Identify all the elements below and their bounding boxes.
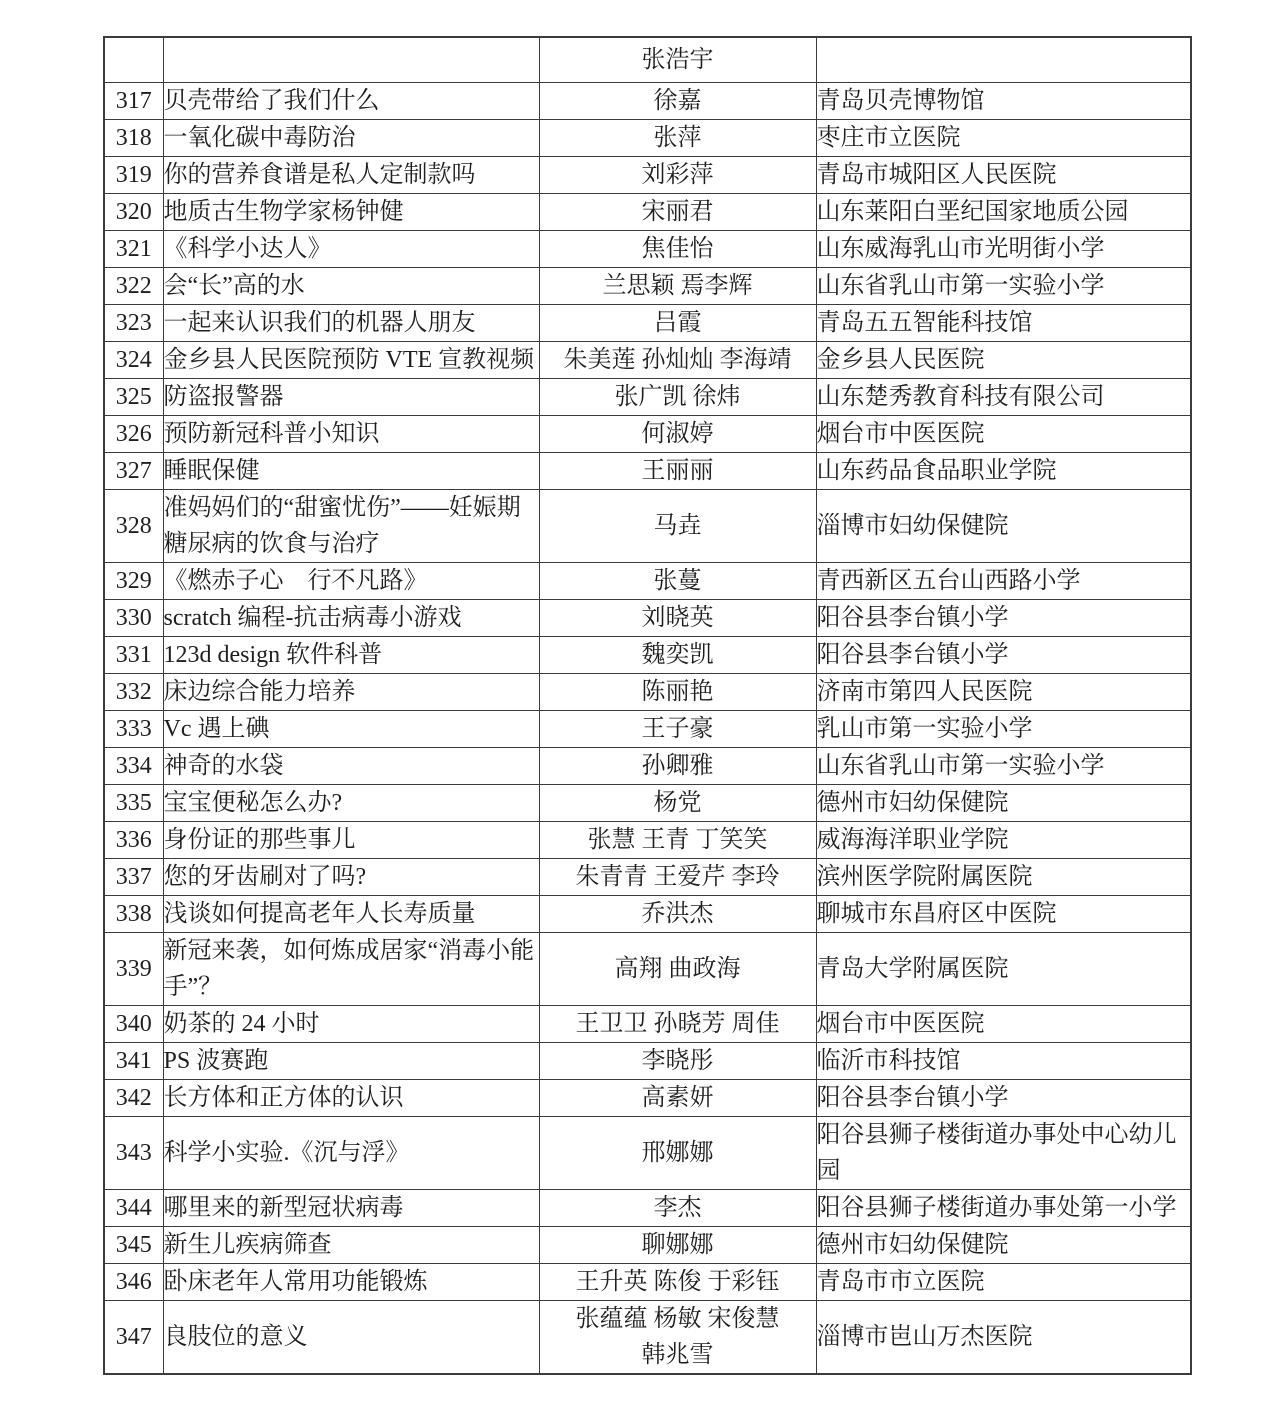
authors-cell: 高翔 曲政海 [539,933,816,1006]
organization-cell: 山东省乳山市第一实验小学 [816,748,1191,785]
table-row: 334神奇的水袋孙卿雅山东省乳山市第一实验小学 [104,748,1191,785]
work-title-cell: Vc 遇上碘 [163,711,539,748]
serial-number-cell: 326 [104,416,163,453]
serial-number-cell: 344 [104,1190,163,1227]
authors-cell: 张慧 王青 丁笑笑 [539,822,816,859]
organization-cell: 青岛贝壳博物馆 [816,83,1191,120]
organization-cell: 乳山市第一实验小学 [816,711,1191,748]
authors-cell: 孙卿雅 [539,748,816,785]
organization-cell: 青西新区五台山西路小学 [816,563,1191,600]
serial-number-cell: 339 [104,933,163,1006]
table-row: 322会“长”高的水兰思颖 焉李辉山东省乳山市第一实验小学 [104,268,1191,305]
authors-cell: 吕霞 [539,305,816,342]
table-row: 330scratch 编程-抗击病毒小游戏刘晓英阳谷县李台镇小学 [104,600,1191,637]
authors-cell: 聊娜娜 [539,1227,816,1264]
serial-number-cell: 323 [104,305,163,342]
authors-cell: 王子豪 [539,711,816,748]
table-row: 346卧床老年人常用功能锻炼王升英 陈俊 于彩钰青岛市市立医院 [104,1264,1191,1301]
serial-number-cell: 337 [104,859,163,896]
table-row: 326预防新冠科普小知识何淑婷烟台市中医医院 [104,416,1191,453]
organization-cell: 淄博市岜山万杰医院 [816,1301,1191,1375]
serial-number-cell: 333 [104,711,163,748]
serial-number-cell: 347 [104,1301,163,1375]
work-title-cell: 《燃赤子心 行不凡路》 [163,563,539,600]
authors-cell: 朱青青 王爱芹 李玲 [539,859,816,896]
authors-cell: 魏奕凯 [539,637,816,674]
authors-cell: 张蔓 [539,563,816,600]
authors-cell: 马垚 [539,490,816,563]
organization-cell: 烟台市中医医院 [816,1006,1191,1043]
authors-cell: 王丽丽 [539,453,816,490]
serial-number-cell: 338 [104,896,163,933]
serial-number-cell: 346 [104,1264,163,1301]
table-row: 345新生儿疾病筛查聊娜娜德州市妇幼保健院 [104,1227,1191,1264]
serial-number-cell: 329 [104,563,163,600]
authors-cell: 李晓彤 [539,1043,816,1080]
serial-number-cell: 319 [104,157,163,194]
serial-number-cell: 331 [104,637,163,674]
table-row: 342长方体和正方体的认识高素妍阳谷县李台镇小学 [104,1080,1191,1117]
organization-cell: 阳谷县李台镇小学 [816,637,1191,674]
table-row: 331123d design 软件科普魏奕凯阳谷县李台镇小学 [104,637,1191,674]
table-row: 317贝壳带给了我们什么徐嘉青岛贝壳博物馆 [104,83,1191,120]
serial-number-cell: 317 [104,83,163,120]
organization-cell: 山东莱阳白垩纪国家地质公园 [816,194,1191,231]
work-title-cell: 身份证的那些事儿 [163,822,539,859]
work-title-cell: 一起来认识我们的机器人朋友 [163,305,539,342]
work-title-cell: 123d design 软件科普 [163,637,539,674]
organization-cell: 青岛市市立医院 [816,1264,1191,1301]
table-row: 336身份证的那些事儿张慧 王青 丁笑笑威海海洋职业学院 [104,822,1191,859]
work-title-cell: 你的营养食谱是私人定制款吗 [163,157,539,194]
awards-list-table: 张浩宇317贝壳带给了我们什么徐嘉青岛贝壳博物馆318一氧化碳中毒防治张萍枣庄市… [103,36,1192,1375]
authors-cell: 高素妍 [539,1080,816,1117]
table-row: 347良肢位的意义张蕴蕴 杨敏 宋俊慧 韩兆雪淄博市岜山万杰医院 [104,1301,1191,1375]
organization-cell: 阳谷县狮子楼街道办事处中心幼儿园 [816,1117,1191,1190]
authors-cell: 邢娜娜 [539,1117,816,1190]
work-title-cell: 哪里来的新型冠状病毒 [163,1190,539,1227]
work-title-cell: PS 波赛跑 [163,1043,539,1080]
organization-cell: 威海海洋职业学院 [816,822,1191,859]
table-row: 335宝宝便秘怎么办?杨党德州市妇幼保健院 [104,785,1191,822]
serial-number-cell: 318 [104,120,163,157]
authors-cell: 朱美莲 孙灿灿 李海靖 [539,342,816,379]
organization-cell: 枣庄市立医院 [816,120,1191,157]
work-title-cell: 床边综合能力培养 [163,674,539,711]
document-page: 张浩宇317贝壳带给了我们什么徐嘉青岛贝壳博物馆318一氧化碳中毒防治张萍枣庄市… [0,0,1280,1428]
work-title-cell: 准妈妈们的“甜蜜忧伤”——妊娠期糖尿病的饮食与治疗 [163,490,539,563]
serial-number-cell: 340 [104,1006,163,1043]
work-title-cell: 新冠来袭，如何炼成居家“消毒小能手”？ [163,933,539,1006]
work-title-cell: 良肢位的意义 [163,1301,539,1375]
work-title-cell [163,37,539,83]
table-row: 340奶茶的 24 小时王卫卫 孙晓芳 周佳烟台市中医医院 [104,1006,1191,1043]
table-row: 张浩宇 [104,37,1191,83]
authors-cell: 王升英 陈俊 于彩钰 [539,1264,816,1301]
organization-cell: 阳谷县李台镇小学 [816,1080,1191,1117]
serial-number-cell: 343 [104,1117,163,1190]
work-title-cell: scratch 编程-抗击病毒小游戏 [163,600,539,637]
authors-cell: 何淑婷 [539,416,816,453]
organization-cell: 滨州医学院附属医院 [816,859,1191,896]
table-row: 332床边综合能力培养陈丽艳济南市第四人民医院 [104,674,1191,711]
authors-cell: 刘晓英 [539,600,816,637]
work-title-cell: 睡眠保健 [163,453,539,490]
serial-number-cell: 327 [104,453,163,490]
authors-cell: 杨党 [539,785,816,822]
organization-cell: 阳谷县狮子楼街道办事处第一小学 [816,1190,1191,1227]
work-title-cell: 预防新冠科普小知识 [163,416,539,453]
organization-cell: 淄博市妇幼保健院 [816,490,1191,563]
work-title-cell: 长方体和正方体的认识 [163,1080,539,1117]
work-title-cell: 科学小实验.《沉与浮》 [163,1117,539,1190]
organization-cell: 临沂市科技馆 [816,1043,1191,1080]
organization-cell: 阳谷县李台镇小学 [816,600,1191,637]
table-row: 320地质古生物学家杨钟健宋丽君山东莱阳白垩纪国家地质公园 [104,194,1191,231]
table-body: 张浩宇317贝壳带给了我们什么徐嘉青岛贝壳博物馆318一氧化碳中毒防治张萍枣庄市… [104,37,1191,1374]
authors-cell: 陈丽艳 [539,674,816,711]
table-row: 323一起来认识我们的机器人朋友吕霞青岛五五智能科技馆 [104,305,1191,342]
work-title-cell: 防盗报警器 [163,379,539,416]
authors-cell: 王卫卫 孙晓芳 周佳 [539,1006,816,1043]
serial-number-cell: 342 [104,1080,163,1117]
authors-cell: 宋丽君 [539,194,816,231]
work-title-cell: 神奇的水袋 [163,748,539,785]
table-row: 341PS 波赛跑李晓彤临沂市科技馆 [104,1043,1191,1080]
work-title-cell: 贝壳带给了我们什么 [163,83,539,120]
table-row: 319你的营养食谱是私人定制款吗刘彩萍青岛市城阳区人民医院 [104,157,1191,194]
serial-number-cell: 330 [104,600,163,637]
organization-cell: 山东楚秀教育科技有限公司 [816,379,1191,416]
work-title-cell: 宝宝便秘怎么办? [163,785,539,822]
serial-number-cell: 322 [104,268,163,305]
authors-cell: 张浩宇 [539,37,816,83]
table-row: 328准妈妈们的“甜蜜忧伤”——妊娠期糖尿病的饮食与治疗马垚淄博市妇幼保健院 [104,490,1191,563]
table-row: 343科学小实验.《沉与浮》邢娜娜阳谷县狮子楼街道办事处中心幼儿园 [104,1117,1191,1190]
organization-cell: 德州市妇幼保健院 [816,1227,1191,1264]
work-title-cell: 一氧化碳中毒防治 [163,120,539,157]
serial-number-cell: 335 [104,785,163,822]
authors-cell: 刘彩萍 [539,157,816,194]
table-row: 321《科学小达人》焦佳怡山东威海乳山市光明街小学 [104,231,1191,268]
authors-cell: 张蕴蕴 杨敏 宋俊慧 韩兆雪 [539,1301,816,1375]
work-title-cell: 卧床老年人常用功能锻炼 [163,1264,539,1301]
organization-cell: 金乡县人民医院 [816,342,1191,379]
work-title-cell: 新生儿疾病筛查 [163,1227,539,1264]
organization-cell: 山东省乳山市第一实验小学 [816,268,1191,305]
serial-number-cell: 325 [104,379,163,416]
work-title-cell: 《科学小达人》 [163,231,539,268]
organization-cell: 烟台市中医医院 [816,416,1191,453]
authors-cell: 乔洪杰 [539,896,816,933]
serial-number-cell: 332 [104,674,163,711]
serial-number-cell: 334 [104,748,163,785]
table-row: 338浅谈如何提高老年人长寿质量乔洪杰聊城市东昌府区中医院 [104,896,1191,933]
serial-number-cell: 328 [104,490,163,563]
work-title-cell: 金乡县人民医院预防 VTE 宣教视频 [163,342,539,379]
authors-cell: 张广凯 徐炜 [539,379,816,416]
serial-number-cell: 324 [104,342,163,379]
table-row: 324金乡县人民医院预防 VTE 宣教视频朱美莲 孙灿灿 李海靖金乡县人民医院 [104,342,1191,379]
serial-number-cell: 341 [104,1043,163,1080]
organization-cell: 德州市妇幼保健院 [816,785,1191,822]
work-title-cell: 地质古生物学家杨钟健 [163,194,539,231]
work-title-cell: 您的牙齿刷对了吗? [163,859,539,896]
serial-number-cell: 336 [104,822,163,859]
organization-cell: 青岛五五智能科技馆 [816,305,1191,342]
organization-cell: 青岛市城阳区人民医院 [816,157,1191,194]
table-row: 318一氧化碳中毒防治张萍枣庄市立医院 [104,120,1191,157]
organization-cell [816,37,1191,83]
serial-number-cell: 345 [104,1227,163,1264]
serial-number-cell [104,37,163,83]
work-title-cell: 奶茶的 24 小时 [163,1006,539,1043]
organization-cell: 聊城市东昌府区中医院 [816,896,1191,933]
table-row: 327睡眠保健王丽丽山东药品食品职业学院 [104,453,1191,490]
table-row: 329《燃赤子心 行不凡路》张蔓青西新区五台山西路小学 [104,563,1191,600]
table-row: 339新冠来袭，如何炼成居家“消毒小能手”？高翔 曲政海青岛大学附属医院 [104,933,1191,1006]
organization-cell: 济南市第四人民医院 [816,674,1191,711]
serial-number-cell: 321 [104,231,163,268]
authors-cell: 张萍 [539,120,816,157]
authors-cell: 李杰 [539,1190,816,1227]
authors-cell: 兰思颖 焉李辉 [539,268,816,305]
work-title-cell: 浅谈如何提高老年人长寿质量 [163,896,539,933]
serial-number-cell: 320 [104,194,163,231]
organization-cell: 山东威海乳山市光明街小学 [816,231,1191,268]
authors-cell: 焦佳怡 [539,231,816,268]
organization-cell: 山东药品食品职业学院 [816,453,1191,490]
organization-cell: 青岛大学附属医院 [816,933,1191,1006]
authors-cell: 徐嘉 [539,83,816,120]
work-title-cell: 会“长”高的水 [163,268,539,305]
table-row: 344哪里来的新型冠状病毒李杰阳谷县狮子楼街道办事处第一小学 [104,1190,1191,1227]
table-row: 333Vc 遇上碘王子豪乳山市第一实验小学 [104,711,1191,748]
table-row: 325防盗报警器张广凯 徐炜山东楚秀教育科技有限公司 [104,379,1191,416]
table-row: 337您的牙齿刷对了吗?朱青青 王爱芹 李玲滨州医学院附属医院 [104,859,1191,896]
